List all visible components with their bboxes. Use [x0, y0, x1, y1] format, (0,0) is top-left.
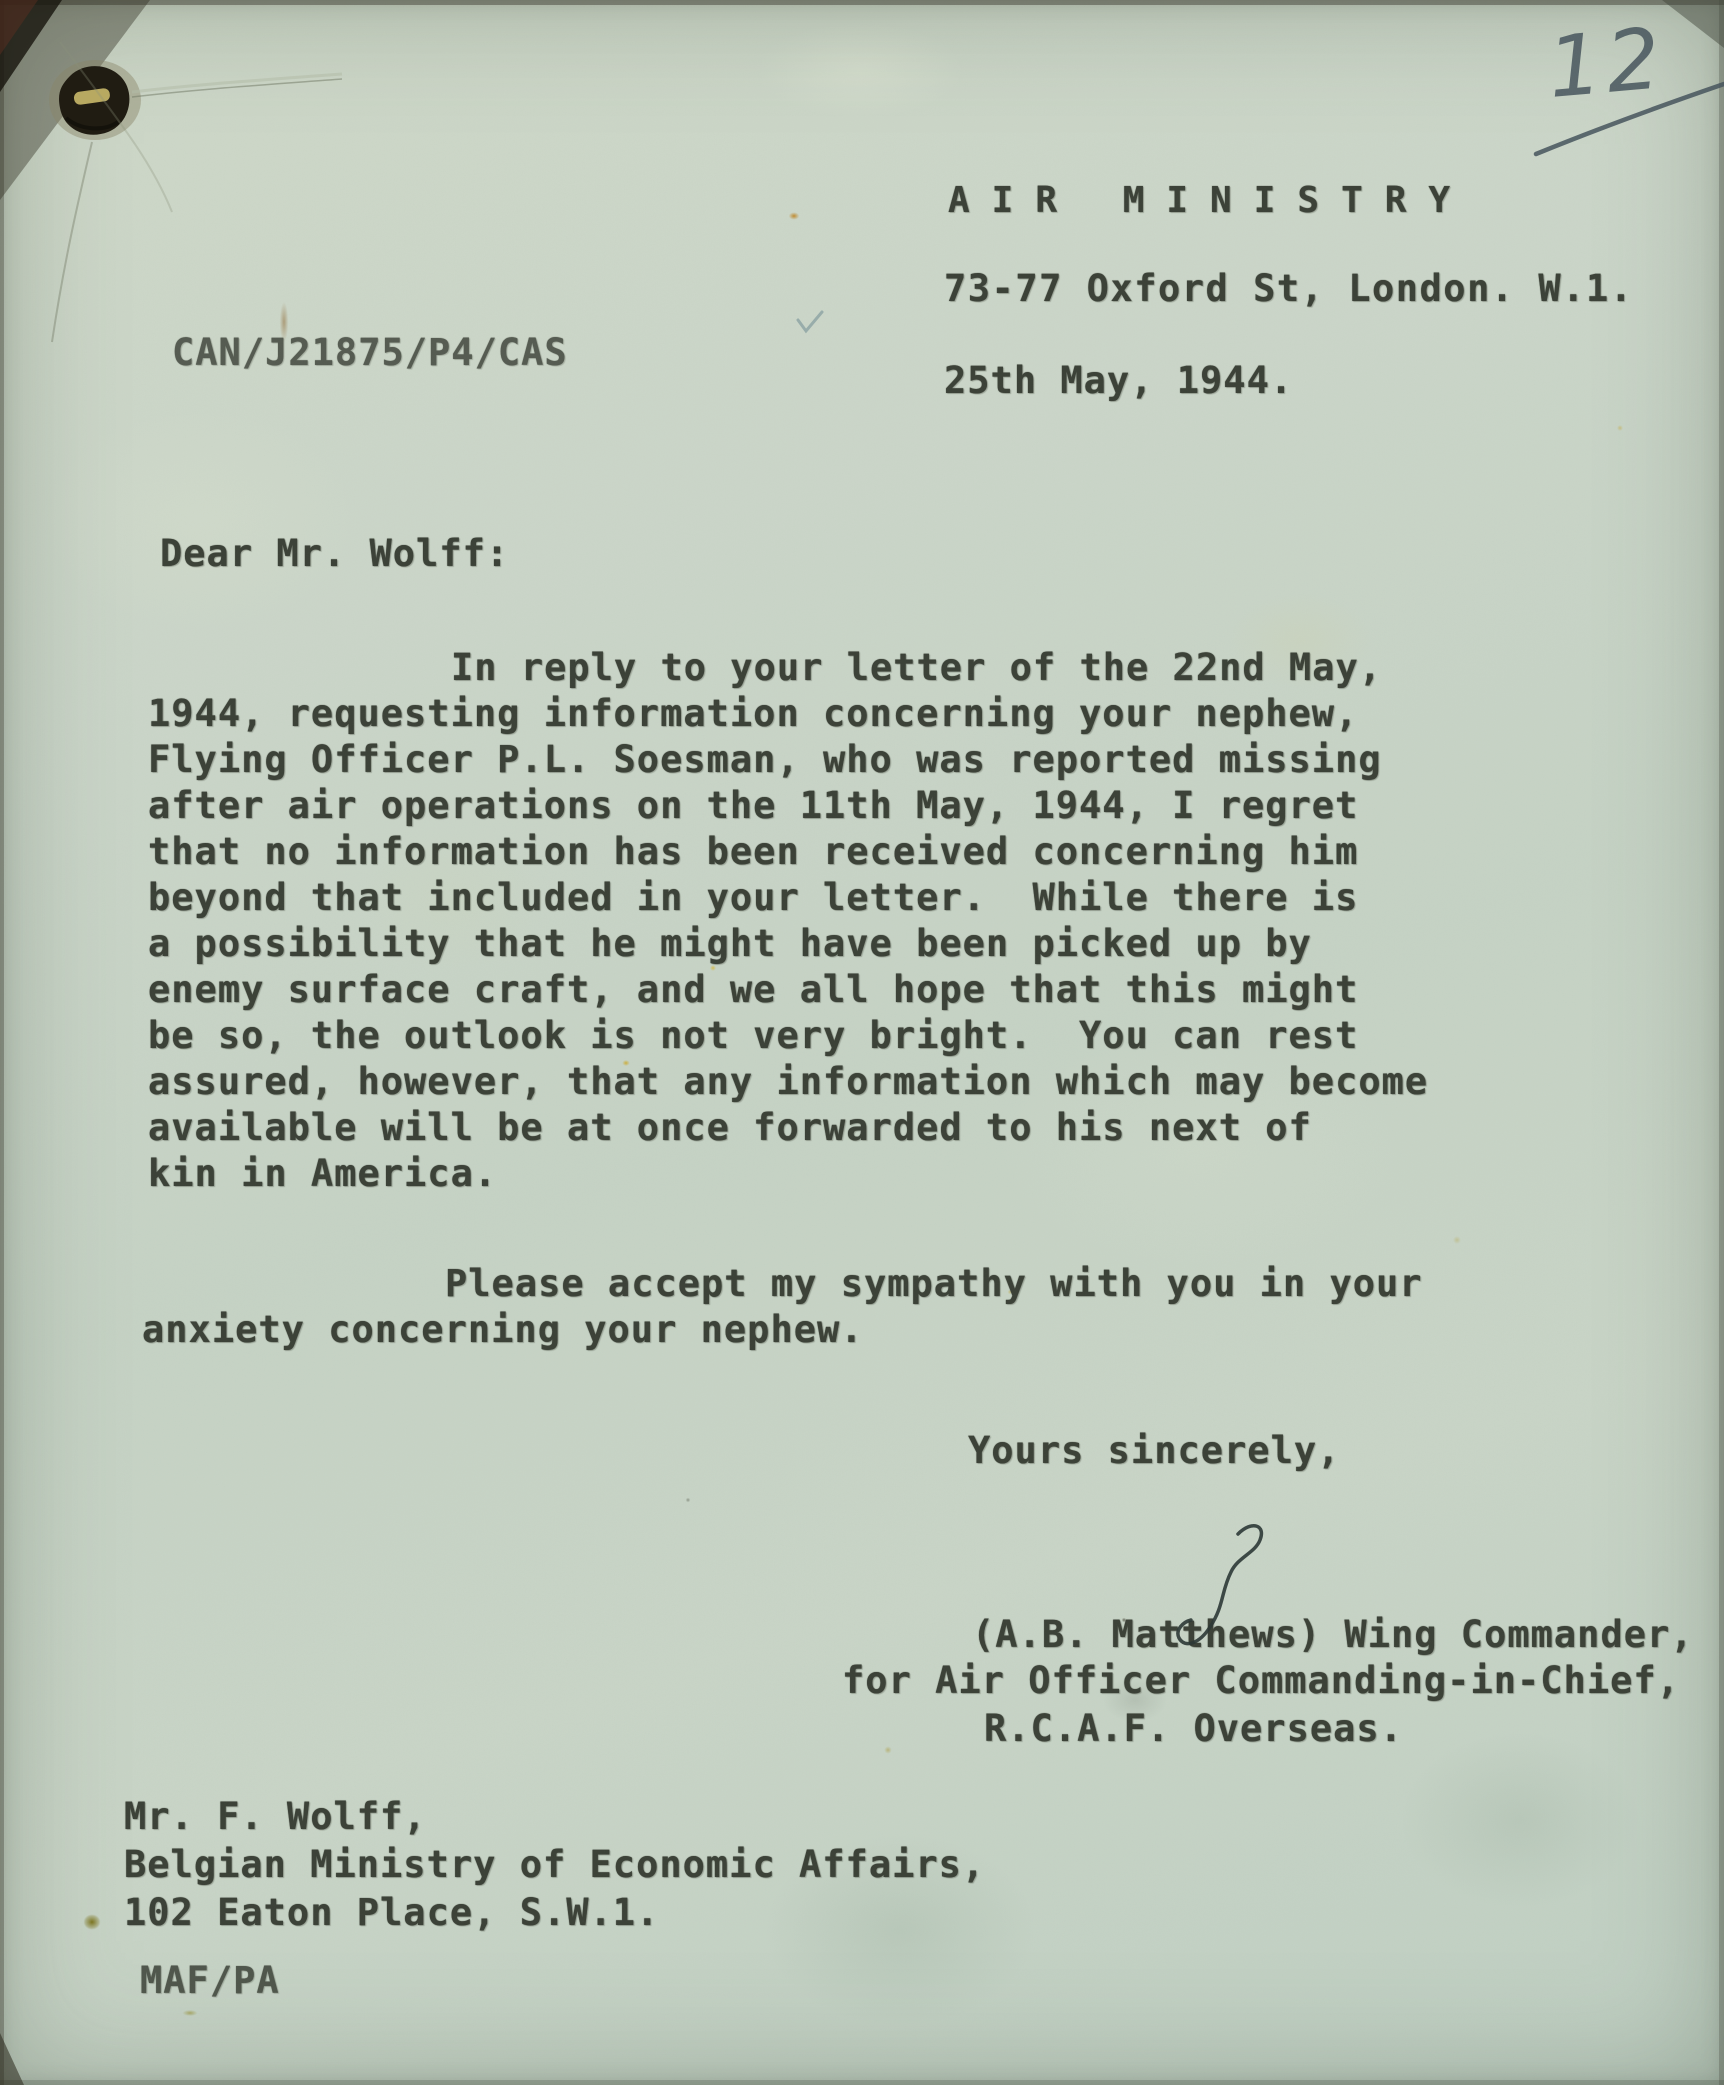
- signatory-unit: R.C.A.F. Overseas.: [984, 1706, 1403, 1752]
- corner-tint-top-left: [0, 0, 38, 55]
- reference-number: CAN/J21875/P4/CAS: [172, 330, 568, 376]
- pencil-check-mark: [798, 312, 822, 331]
- signatory-title: for Air Officer Commanding-in-Chief,: [842, 1658, 1680, 1704]
- corner-shadow-bottom-left: [0, 2033, 24, 2085]
- text-line: after air operations on the 11th May, 19…: [148, 783, 1428, 829]
- corner-shadow-top-left: [0, 0, 150, 200]
- handwritten-page-number: 12: [1544, 9, 1669, 117]
- bottom-edge-shadow: [0, 2080, 1724, 2085]
- punch-hole: [49, 60, 141, 140]
- corner-shadow-top-right: [1662, 0, 1724, 48]
- corner-dark-top-left: [0, 0, 62, 92]
- text-line: 102 Eaton Place, S.W.1.: [124, 1889, 985, 1937]
- crease-line: [52, 142, 92, 342]
- text-line: Mr. F. Wolff,: [124, 1793, 985, 1841]
- valediction: Yours sincerely,: [968, 1428, 1340, 1474]
- salutation: Dear Mr. Wolff:: [160, 531, 509, 577]
- text-line: Belgian Ministry of Economic Affairs,: [124, 1841, 985, 1889]
- text-line: anxiety concerning your nephew.: [142, 1307, 1423, 1353]
- typist-reference: MAF/PA: [140, 1958, 280, 2004]
- signatory-name: (A.B. Matthews) Wing Commander,: [972, 1612, 1694, 1658]
- crease-line: [60, 42, 172, 212]
- body-paragraph-1: In reply to your letter of the 22nd May,…: [148, 645, 1428, 1197]
- top-edge-shadow: [0, 0, 1724, 5]
- right-edge-shadow: [1719, 0, 1724, 2085]
- text-line: Flying Officer P.L. Soesman, who was rep…: [148, 737, 1428, 783]
- text-line: assured, however, that any information w…: [148, 1059, 1428, 1105]
- left-edge-shadow: [0, 0, 4, 2085]
- body-paragraph-2: Please accept my sympathy with you in yo…: [142, 1261, 1423, 1353]
- punch-hole-shadow: [66, 118, 118, 128]
- punch-hole-opening: [59, 66, 129, 135]
- recipient-address-block: Mr. F. Wolff,Belgian Ministry of Economi…: [124, 1793, 985, 1937]
- text-line: that no information has been received co…: [148, 829, 1428, 875]
- text-line: be so, the outlook is not very bright. Y…: [148, 1013, 1428, 1059]
- text-line: 1944, requesting information concerning …: [148, 691, 1428, 737]
- letter-date: 25th May, 1944.: [944, 358, 1293, 404]
- letterhead-address: 73-77 Oxford St, London. W.1.: [944, 266, 1634, 312]
- text-line: a possibility that he might have been pi…: [148, 921, 1428, 967]
- text-line: enemy surface craft, and we all hope tha…: [148, 967, 1428, 1013]
- text-line: Please accept my sympathy with you in yo…: [142, 1261, 1423, 1307]
- text-line: beyond that included in your letter. Whi…: [148, 875, 1428, 921]
- text-line: In reply to your letter of the 22nd May,: [148, 645, 1428, 691]
- letter-page: 12 AIR MINISTRY 73-77 Oxford St, London.…: [0, 0, 1724, 2085]
- crease-line: [132, 74, 342, 92]
- crease-line: [132, 79, 342, 97]
- text-line: kin in America.: [148, 1151, 1428, 1197]
- punch-hole-highlight: [73, 88, 110, 106]
- text-line: available will be at once forwarded to h…: [148, 1105, 1428, 1151]
- punch-hole-ring: [49, 60, 141, 140]
- letterhead-organization: AIR MINISTRY: [948, 178, 1472, 224]
